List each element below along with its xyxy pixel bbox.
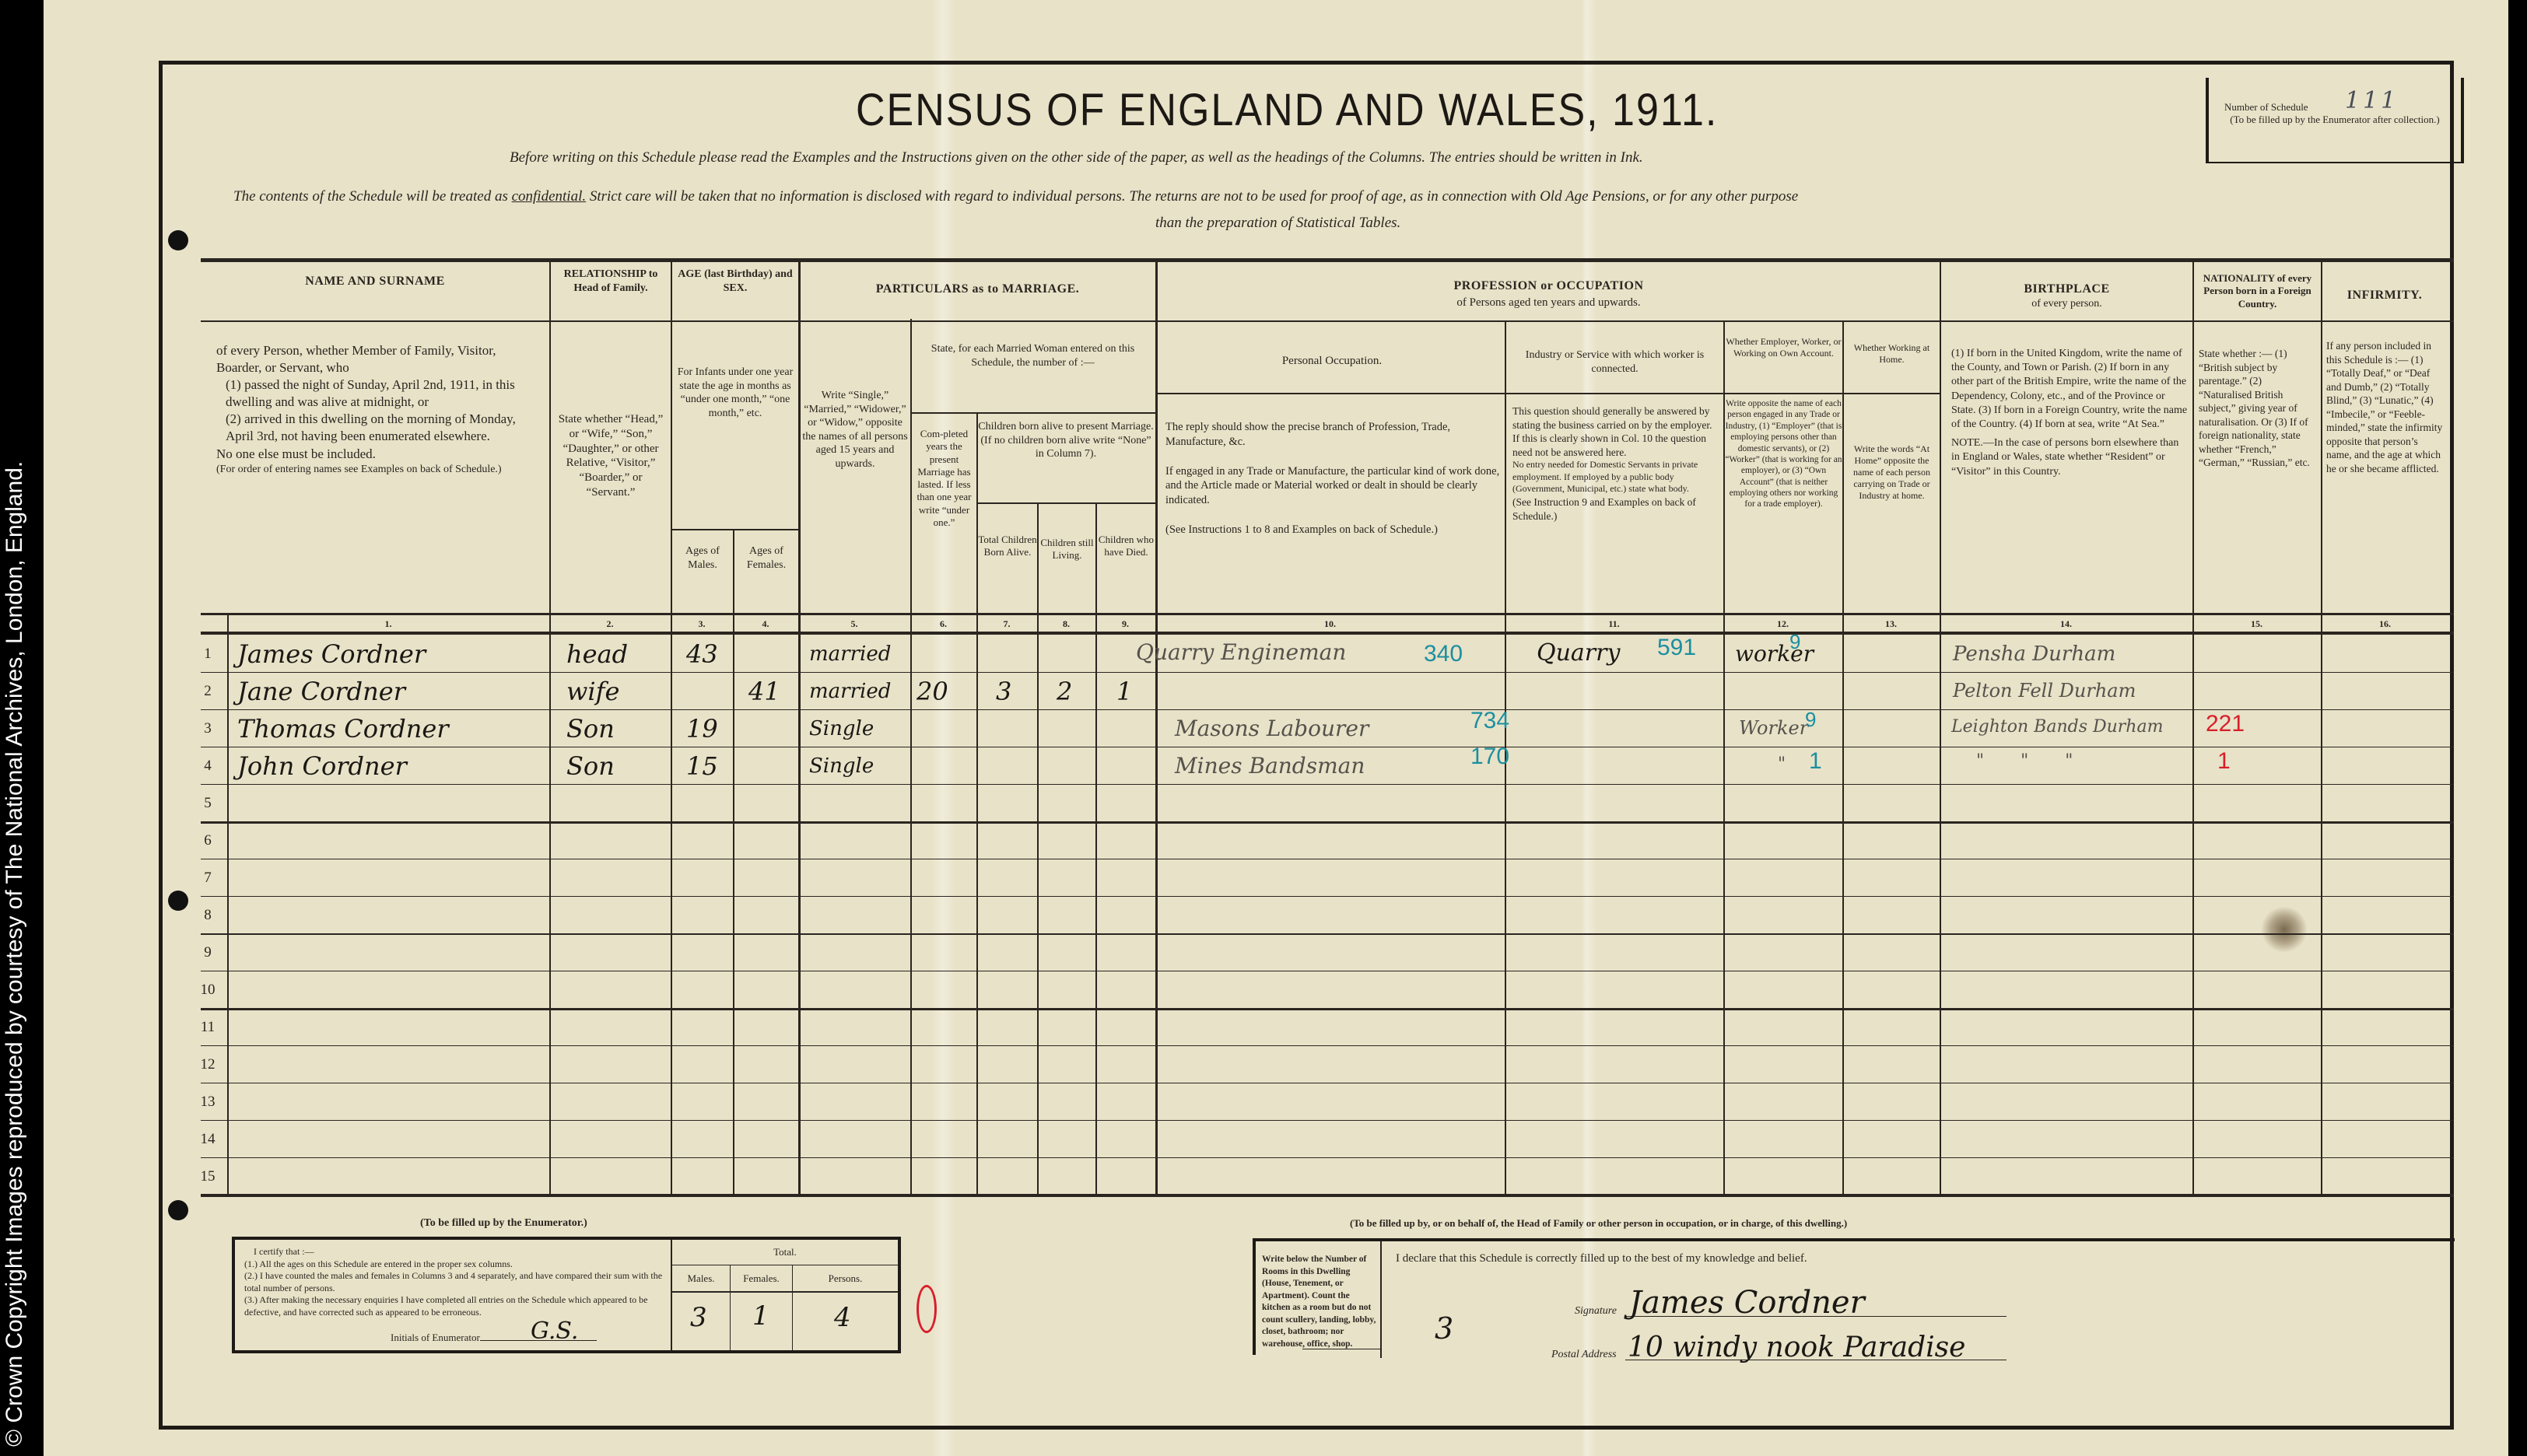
- col-header-name: NAME AND SURNAME: [201, 274, 549, 289]
- children-heading: Children born alive to present Marriage.…: [978, 420, 1154, 461]
- marital-status-cell: married: [809, 642, 891, 666]
- children-died-cell: 1: [1116, 677, 1132, 706]
- occupation-code: 734: [1470, 708, 1509, 734]
- total-persons: 4: [834, 1302, 851, 1333]
- birthplace-cell: Pensha Durham: [1953, 642, 2115, 666]
- col-header-employer: Whether Employer, Worker, or Working on …: [1725, 336, 1842, 359]
- employer-code: 9: [1805, 708, 1816, 732]
- children-born-cell: 3: [996, 677, 1011, 706]
- marital-status-cell: married: [809, 680, 891, 703]
- nationality-code: 1: [2217, 748, 2231, 775]
- years-married-cell: 20: [917, 677, 948, 706]
- head-section-heading: (To be filled up by, or on behalf of, th…: [1350, 1217, 1847, 1230]
- col-desc-employer: Write opposite the name of each person e…: [1725, 398, 1842, 510]
- employer-code: 9: [1789, 630, 1800, 654]
- age-male-cell: 19: [686, 714, 718, 744]
- col-desc-industry: This question should generally be answer…: [1512, 404, 1718, 523]
- occupation-cell: Mines Bandsman: [1175, 753, 1365, 779]
- col-desc-name: of every Person, whether Member of Famil…: [216, 342, 543, 477]
- col-desc-nationality: State whether :— (1) “British subject by…: [2199, 347, 2317, 470]
- col-header-marriage: PARTICULARS as to MARRIAGE.: [800, 282, 1155, 297]
- col-desc-relationship: State whether “Head,” or “Wife,” “Son,” …: [554, 412, 668, 500]
- occupation-code: 170: [1470, 744, 1509, 770]
- declaration-text: I declare that this Schedule is correctl…: [1396, 1252, 1807, 1265]
- col-header-relationship: RELATIONSHIP to Head of Family.: [551, 268, 671, 295]
- enumerator-initials: G.S.: [531, 1318, 578, 1345]
- col-desc-age: For Infants under one year state the age…: [674, 366, 797, 420]
- occupation-cell: Quarry Engineman: [1136, 639, 1346, 665]
- relationship-cell: Son: [566, 751, 615, 781]
- total-males: 3: [690, 1302, 707, 1333]
- marital-status-cell: Single: [809, 754, 874, 778]
- col-header-total-born: Total Children Born Alive.: [978, 534, 1037, 559]
- col-header-at-home: Whether Working at Home.: [1844, 342, 1940, 366]
- confidential-word: confidential.: [512, 188, 587, 205]
- schedule-number-box: 111 Number of Schedule (To be filled up …: [2206, 78, 2464, 163]
- col-desc-at-home: Write the words “At Home” opposite the n…: [1845, 443, 1938, 502]
- birthplace-cell: Leighton Bands Durham: [1951, 717, 2163, 737]
- rooms-instructions: Write below the Number of Rooms in this …: [1262, 1254, 1380, 1350]
- col-header-females: Ages of Females.: [734, 544, 798, 572]
- enumerator-box: I certify that :— (1.) All the ages on t…: [232, 1237, 901, 1353]
- col-desc-years-married: Com-pleted years the present Marriage ha…: [912, 428, 976, 529]
- head-section-box: Write below the Number of Rooms in this …: [1253, 1238, 2455, 1355]
- age-female-cell: 41: [748, 677, 780, 706]
- col-header-infirmity: INFIRMITY.: [2322, 288, 2447, 303]
- employer-cell: Worker: [1739, 717, 1808, 739]
- total-females: 1: [752, 1300, 769, 1332]
- postal-address: 10 windy nook Paradise: [1628, 1332, 1965, 1363]
- relationship-cell: Son: [566, 714, 615, 744]
- confidential-line: The contents of the Schedule will be tre…: [233, 188, 1798, 205]
- red-zero-mark: [917, 1285, 937, 1333]
- employer-cell: worker: [1735, 641, 1814, 667]
- col-header-birthplace: BIRTHPLACE: [1941, 282, 2192, 297]
- name-cell: James Cordner: [237, 639, 426, 669]
- employer-code: 1: [1809, 748, 1822, 775]
- col-header-males: Ages of Males.: [672, 544, 733, 572]
- col-header-industry: Industry or Service with which worker is…: [1506, 348, 1723, 376]
- birthplace-cell: Pelton Fell Durham: [1953, 680, 2136, 702]
- col-header-personal-occupation: Personal Occupation.: [1159, 354, 1505, 369]
- occupation-cell: Masons Labourer: [1175, 716, 1369, 741]
- col-header-nationality: NATIONALITY of every Person born in a Fo…: [2194, 272, 2321, 310]
- col-desc-birthplace: (1) If born in the United Kingdom, write…: [1951, 347, 2189, 479]
- col-desc-infirmity: If any person included in this Schedule …: [2326, 339, 2443, 475]
- marital-status-cell: Single: [809, 717, 874, 740]
- birthplace-cell: " " ": [1976, 751, 2088, 771]
- statistical-line: than the preparation of Statistical Tabl…: [1155, 215, 1400, 232]
- instructions-line: Before writing on this Schedule please r…: [510, 149, 1643, 166]
- col-desc-personal-occupation: The reply should show the precise branch…: [1165, 420, 1500, 537]
- nationality-code: 221: [2206, 711, 2245, 737]
- col-header-occupation: PROFESSION or OCCUPATION: [1158, 278, 1940, 294]
- name-cell: John Cordner: [237, 751, 407, 781]
- enumerator-heading: (To be filled up by the Enumerator.): [420, 1217, 587, 1230]
- col-desc-condition: Write “Single,” “Married,” “Widower,” or…: [801, 389, 909, 471]
- schedule-number: 111: [2345, 87, 2399, 114]
- col-header-have-died: Children who have Died.: [1097, 534, 1155, 559]
- signature: James Cordner: [1629, 1285, 1865, 1321]
- copyright-notice: © Crown Copyright Images reproduced by c…: [2, 358, 28, 1447]
- industry-cell: Quarry: [1537, 639, 1620, 667]
- col-header-age: AGE (last Birthday) and SEX.: [672, 268, 798, 295]
- name-cell: Thomas Cordner: [237, 714, 449, 744]
- page-title: CENSUS OF ENGLAND AND WALES, 1911.: [856, 84, 1718, 136]
- age-male-cell: 15: [686, 751, 718, 781]
- name-cell: Jane Cordner: [237, 677, 405, 706]
- employer-cell: ": [1778, 754, 1786, 774]
- rooms-count: 3: [1435, 1311, 1453, 1346]
- occupation-code: 340: [1424, 641, 1463, 667]
- age-male-cell: 43: [686, 639, 718, 669]
- children-living-cell: 2: [1057, 677, 1072, 706]
- industry-code: 591: [1657, 635, 1696, 661]
- relationship-cell: head: [566, 639, 628, 669]
- relationship-cell: wife: [566, 677, 619, 706]
- col-header-still-living: Children still Living.: [1039, 537, 1095, 562]
- married-woman-heading: State, for each Married Woman entered on…: [912, 342, 1154, 369]
